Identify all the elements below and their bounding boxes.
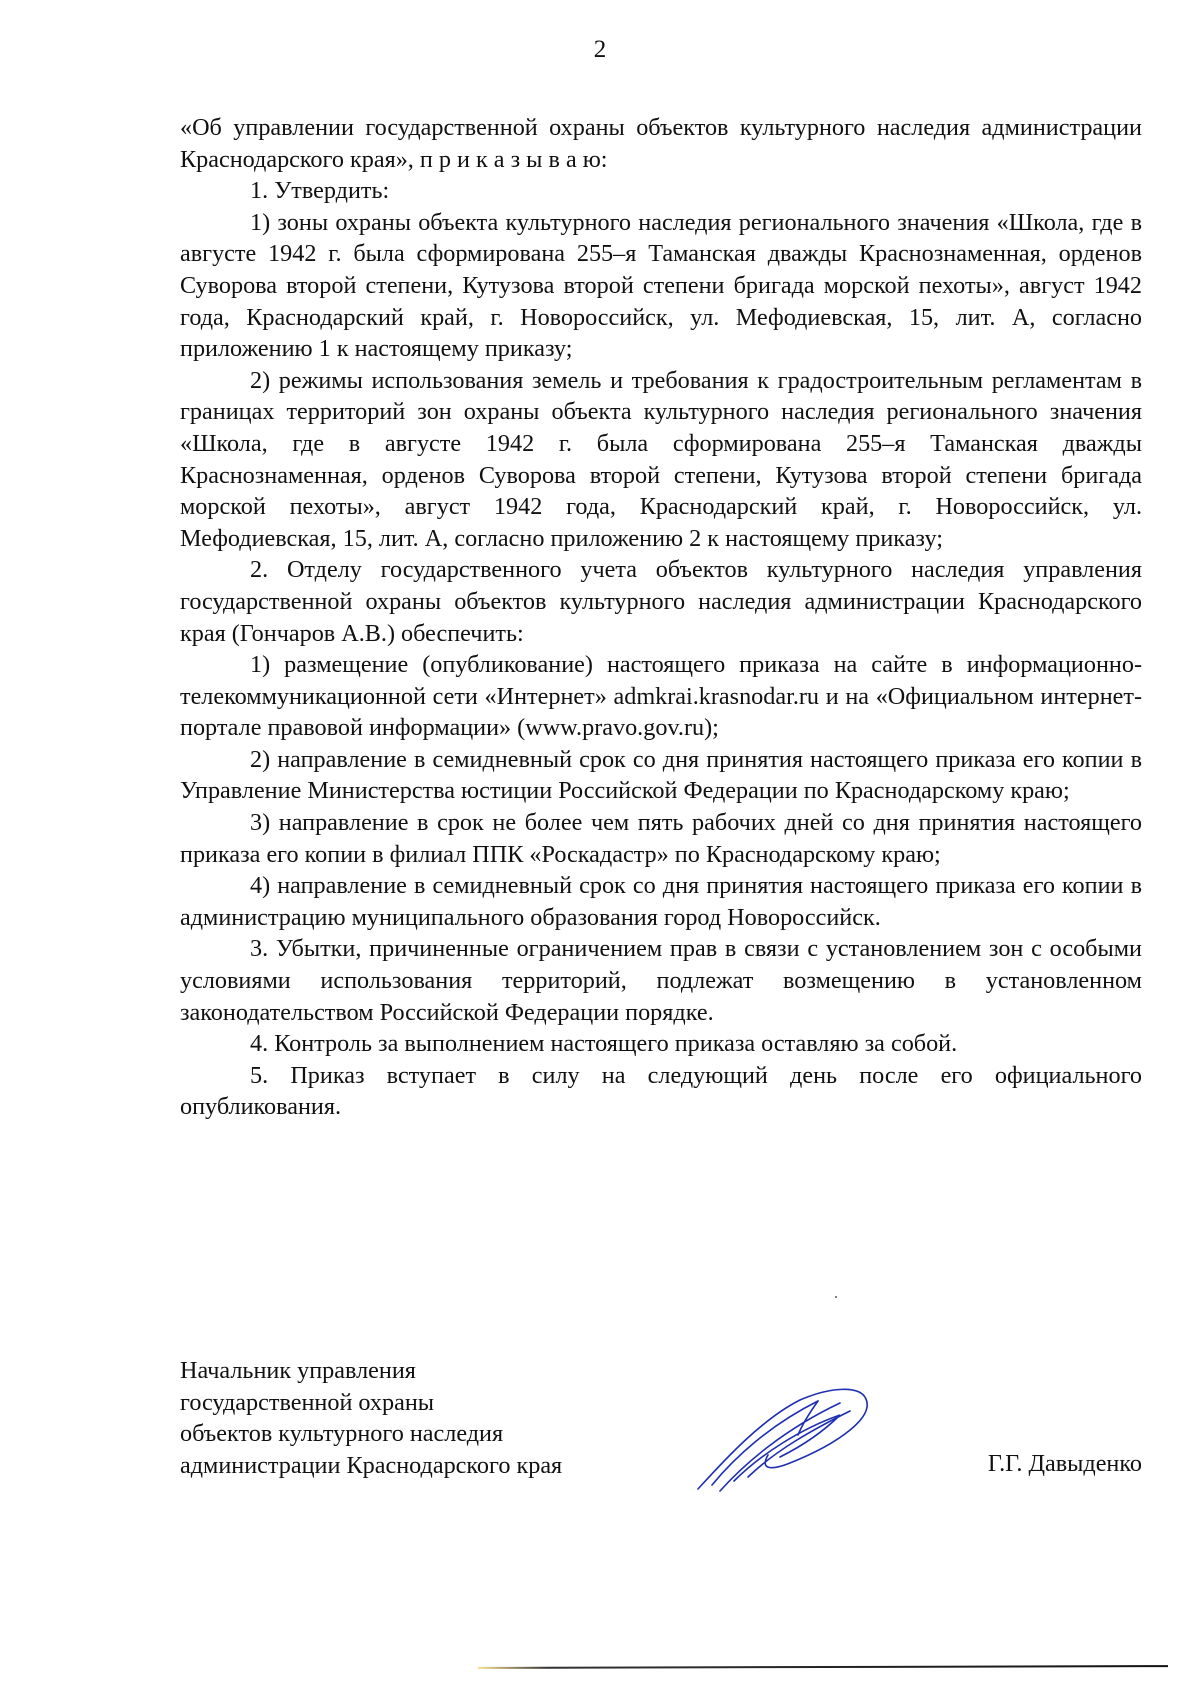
page-number: 2	[0, 36, 1200, 64]
signatory-name: Г.Г. Давыденко	[988, 1450, 1142, 1478]
paragraph-intro: «Об управлении государственной охраны об…	[180, 112, 1142, 175]
bottom-divider	[478, 1665, 1168, 1669]
paragraph-item-5: 5. Приказ вступает в силу на следующий д…	[180, 1060, 1142, 1123]
paragraph-item-2-3: 3) направление в срок не более чем пять …	[180, 807, 1142, 870]
paragraph-item-1-1: 1) зоны охраны объекта культурного насле…	[180, 207, 1142, 365]
paragraph-item-2-4: 4) направление в семидневный срок со дня…	[180, 870, 1142, 933]
position-line: государственной охраны	[180, 1387, 562, 1419]
position-line: администрации Краснодарского края	[180, 1450, 562, 1482]
position-line: Начальник управления	[180, 1355, 562, 1387]
paragraph-item-3: 3. Убытки, причиненные ограничением прав…	[180, 933, 1142, 1028]
paragraph-item-4: 4. Контроль за выполнением настоящего пр…	[180, 1028, 1142, 1060]
document-body: «Об управлении государственной охраны об…	[180, 112, 1142, 1123]
paragraph-item-1-2: 2) режимы использования земель и требова…	[180, 365, 1142, 555]
handwritten-signature-icon	[690, 1385, 890, 1495]
scan-speck	[835, 1296, 837, 1298]
position-line: объектов культурного наследия	[180, 1418, 562, 1450]
signatory-position: Начальник управления государственной охр…	[180, 1355, 562, 1481]
paragraph-item-2-2: 2) направление в семидневный срок со дня…	[180, 744, 1142, 807]
paragraph-item-1: 1. Утвердить:	[180, 175, 1142, 207]
paragraph-item-2-1: 1) размещение (опубликование) настоящего…	[180, 649, 1142, 744]
paragraph-item-2: 2. Отделу государственного учета объекто…	[180, 554, 1142, 649]
